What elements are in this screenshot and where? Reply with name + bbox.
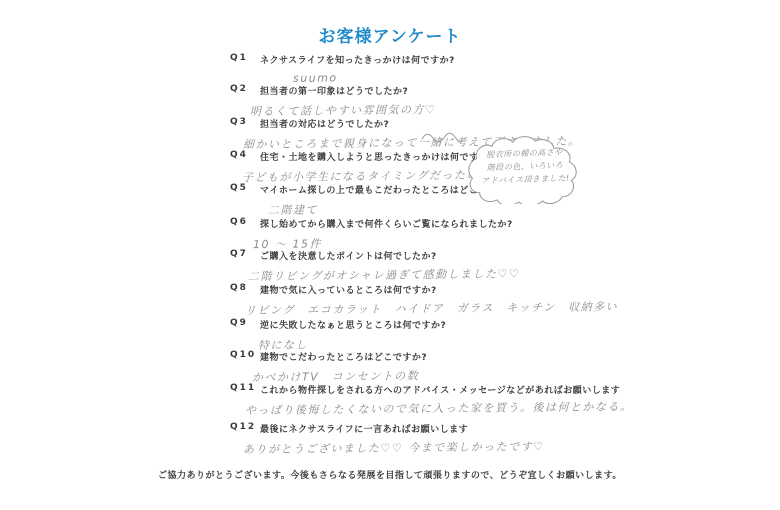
question-number: Q12 <box>230 422 260 432</box>
handwritten-note-bubble: 脱衣所の棚の高さや 階段の色、いろいろ アドバイス頂きました! <box>458 134 592 204</box>
question-block-q9: Q9 逆に失敗したなぁと思うところは何ですか? 特になし <box>230 318 650 351</box>
question-number: Q3 <box>230 117 260 127</box>
page-title: お客様アンケート <box>0 22 780 47</box>
question-text: 担当者の対応はどうでしたか? <box>260 117 389 130</box>
footer-thanks-message: ご協力ありがとうございます。今後もさらなる発展を目指して頑張りますので、どうぞ宜… <box>0 468 780 481</box>
question-number: Q11 <box>230 383 260 393</box>
question-block-q7: Q7 ご購入を決意したポイントは何でしたか? 二階リビングがオシャレ過ぎて感動し… <box>230 249 650 282</box>
question-text: 最後にネクサスライフに一言あればお願いします <box>260 422 468 435</box>
question-text: 逆に失敗したなぁと思うところは何ですか? <box>260 318 446 331</box>
question-block-q6: Q6 探し始めてから購入まで何件くらいご覧になられましたか? 10 〜 15件 <box>230 217 650 250</box>
survey-sheet: お客様アンケート Q1 ネクサスライフを知ったきっかけは何ですか? suumo … <box>0 0 780 510</box>
question-block-q11: Q11 これから物件探しをされる方へのアドバイス・メッセージなどがあればお願いし… <box>230 383 650 416</box>
handwritten-answer: ありがとうございました♡♡ 今まで楽しかったです♡ <box>243 437 650 457</box>
question-number: Q9 <box>230 318 260 328</box>
handwritten-answer: やっぱり後悔したくないので気に入った家を買う。後は何とかなる。 <box>245 398 650 418</box>
question-text: 建物でこだわったところはどこですか? <box>260 350 427 363</box>
question-block-q10: Q10 建物でこだわったところはどこですか? かべかけTV コンセントの数 <box>230 350 650 383</box>
question-number: Q8 <box>230 283 260 293</box>
question-text: 建物で気に入っているところは何ですか? <box>260 283 437 296</box>
question-number: Q10 <box>230 350 260 360</box>
handwritten-answer: suumo <box>293 68 650 85</box>
handwritten-answer: リビング エコカラット ハイドア ガラス キッチン 収納多い <box>245 298 650 318</box>
question-number: Q6 <box>230 217 260 227</box>
question-text: ネクサスライフを知ったきっかけは何ですか? <box>260 53 455 66</box>
question-number: Q1 <box>230 53 260 63</box>
handwritten-answer: 二階リビングがオシャレ過ぎて感動しました♡♡ <box>248 264 650 284</box>
question-block-q8: Q8 建物で気に入っているところは何ですか? リビング エコカラット ハイドア … <box>230 283 650 316</box>
question-number: Q7 <box>230 249 260 259</box>
question-text: ご購入を決意したポイントは何でしたか? <box>260 249 437 262</box>
question-number: Q2 <box>230 84 260 94</box>
question-block-q1: Q1 ネクサスライフを知ったきっかけは何ですか? suumo <box>230 53 650 83</box>
question-block-q2: Q2 担当者の第一印象はどうでしたか? 明るくて話しやすい雰囲気の方♡ <box>230 84 650 117</box>
question-text: 担当者の第一印象はどうでしたか? <box>260 84 408 97</box>
question-text: 探し始めてから購入まで何件くらいご覧になられましたか? <box>260 217 513 230</box>
question-block-q12: Q12 最後にネクサスライフに一言あればお願いします ありがとうございました♡♡… <box>230 422 650 455</box>
question-number: Q5 <box>230 183 260 193</box>
question-number: Q4 <box>230 150 260 160</box>
bubble-note-text: 脱衣所の棚の高さや 階段の色、いろいろ アドバイス頂きました! <box>457 145 592 189</box>
question-text: これから物件探しをされる方へのアドバイス・メッセージなどがあればお願いします <box>260 383 620 396</box>
